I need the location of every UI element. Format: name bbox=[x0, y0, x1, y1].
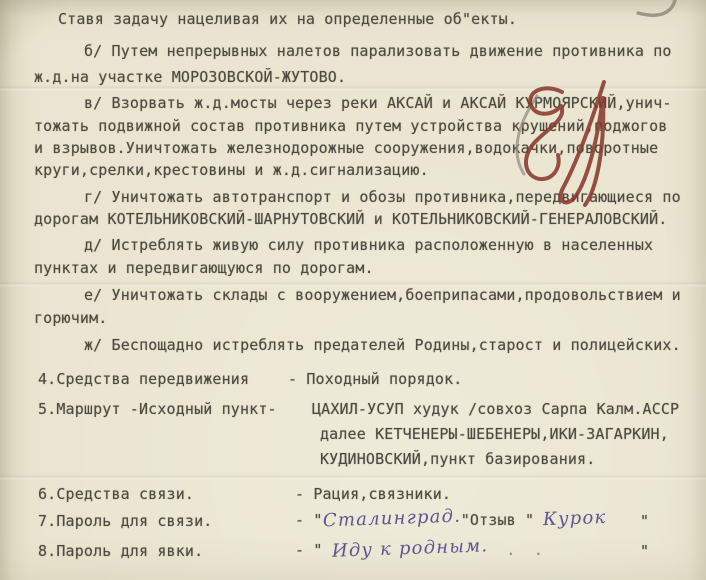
document-line: 7.Пароль для связи. bbox=[38, 514, 212, 529]
document-line: б/ Путем непрерывных налетов парализоват… bbox=[84, 44, 672, 59]
document-line: круги,срелки,крестовины и ж.д.сигнализац… bbox=[34, 163, 429, 178]
typed-text: КУДИНОВСКИЙ,пункт базирования. bbox=[320, 450, 595, 468]
typed-text: - Рация,связники. bbox=[295, 485, 451, 503]
typed-text: ж.д.на участке МОРОЗОВСКОЙ-ЖУТОВО. bbox=[34, 68, 346, 86]
typed-text: пунктах и передвигающуюся по дорогам. bbox=[34, 259, 374, 277]
document-line: " bbox=[640, 514, 649, 529]
document-line: - "Сталинград."Отзыв " Курок bbox=[295, 511, 607, 529]
document-line: ЦАХИЛ-УСУП худук /совхоз Сарпа Калм.АССР bbox=[312, 402, 679, 417]
typed-text: - " bbox=[295, 511, 323, 529]
document-line: 4.Средства передвижения bbox=[38, 372, 249, 387]
typed-text: " bbox=[640, 542, 649, 560]
typed-text: . . bbox=[488, 541, 543, 559]
typed-text: - " bbox=[295, 541, 332, 559]
paper-crease bbox=[0, 474, 706, 480]
typed-text: д/ Истреблять живую силу противника расп… bbox=[84, 236, 653, 254]
pencil-corner-mark bbox=[638, 0, 676, 15]
document-page: Ставя задачу нацеливая их на определенны… bbox=[0, 0, 706, 580]
document-line: горючим. bbox=[34, 311, 107, 326]
typed-text: горючим. bbox=[34, 309, 107, 327]
typed-text: дорогам КОТЕЛЬНИКОВСКИЙ-ШАРНУТОВСКИЙ и К… bbox=[34, 210, 667, 228]
document-line: 5.Маршрут -Исходный пункт- bbox=[38, 402, 277, 417]
document-line: Ставя задачу нацеливая их на определенны… bbox=[58, 12, 517, 27]
typed-text: "Отзыв " bbox=[461, 511, 544, 529]
document-line: г/ Уничтожать автотранспорт и обозы прот… bbox=[84, 190, 681, 205]
document-line: 6.Средства связи. bbox=[38, 487, 194, 502]
document-line: - " Иду к родным. . . bbox=[295, 541, 543, 559]
document-line: КУДИНОВСКИЙ,пункт базирования. bbox=[320, 452, 595, 467]
handwritten-text: Сталинград. bbox=[322, 508, 461, 531]
document-line: 8.Пароль для явки. bbox=[38, 544, 203, 559]
document-line: и взрывов.Уничтожать железнодорожные соо… bbox=[34, 141, 658, 156]
typed-text: далее КЕТЧЕНЕРЫ-ШЕБЕНЕРЫ,ИКИ-ЗАГАРКИН, bbox=[320, 425, 669, 443]
document-line: дорогам КОТЕЛЬНИКОВСКИЙ-ШАРНУТОВСКИЙ и К… bbox=[34, 212, 667, 227]
typed-text: 7.Пароль для связи. bbox=[38, 512, 212, 530]
typed-text: в/ Взорвать ж.д.мосты через реки АКСАЙ и… bbox=[84, 94, 672, 112]
typed-text: 6.Средства связи. bbox=[38, 485, 194, 503]
document-line: ж.д.на участке МОРОЗОВСКОЙ-ЖУТОВО. bbox=[34, 70, 346, 85]
typed-text: ЦАХИЛ-УСУП худук /совхоз Сарпа Калм.АССР bbox=[312, 400, 679, 418]
handwritten-text: Иду к родным. bbox=[331, 537, 488, 560]
document-line: пунктах и передвигающуюся по дорогам. bbox=[34, 261, 374, 276]
document-line: тожать подвижной состав противника путем… bbox=[34, 119, 667, 134]
document-line: в/ Взорвать ж.д.мосты через реки АКСАЙ и… bbox=[84, 96, 672, 111]
typed-text: 8.Пароль для явки. bbox=[38, 542, 203, 560]
typed-text: 5.Маршрут -Исходный пункт- bbox=[38, 400, 277, 418]
handwritten-text: Курок bbox=[543, 509, 607, 529]
typed-text: круги,срелки,крестовины и ж.д.сигнализац… bbox=[34, 161, 429, 179]
document-line: е/ Уничтожать склады с вооружением,боепр… bbox=[84, 288, 681, 303]
document-line: - Походный порядок. bbox=[288, 372, 462, 387]
typed-text: " bbox=[640, 512, 649, 530]
typed-text: Ставя задачу нацеливая их на определенны… bbox=[58, 10, 517, 28]
document-line: - Рация,связники. bbox=[295, 487, 451, 502]
typed-text: - Походный порядок. bbox=[288, 370, 462, 388]
document-line: ж/ Беспощадно истреблять предателей Роди… bbox=[84, 338, 681, 353]
typed-text: е/ Уничтожать склады с вооружением,боепр… bbox=[84, 286, 681, 304]
typed-text: 4.Средства передвижения bbox=[38, 370, 249, 388]
typed-text: б/ Путем непрерывных налетов парализоват… bbox=[84, 42, 672, 60]
typed-text: г/ Уничтожать автотранспорт и обозы прот… bbox=[84, 188, 681, 206]
document-line: " bbox=[640, 544, 649, 559]
typed-text: и взрывов.Уничтожать железнодорожные соо… bbox=[34, 139, 658, 157]
typed-text: тожать подвижной состав противника путем… bbox=[34, 117, 667, 135]
document-line: д/ Истреблять живую силу противника расп… bbox=[84, 238, 653, 253]
typed-text: ж/ Беспощадно истреблять предателей Роди… bbox=[84, 336, 681, 354]
document-line: далее КЕТЧЕНЕРЫ-ШЕБЕНЕРЫ,ИКИ-ЗАГАРКИН, bbox=[320, 427, 669, 442]
